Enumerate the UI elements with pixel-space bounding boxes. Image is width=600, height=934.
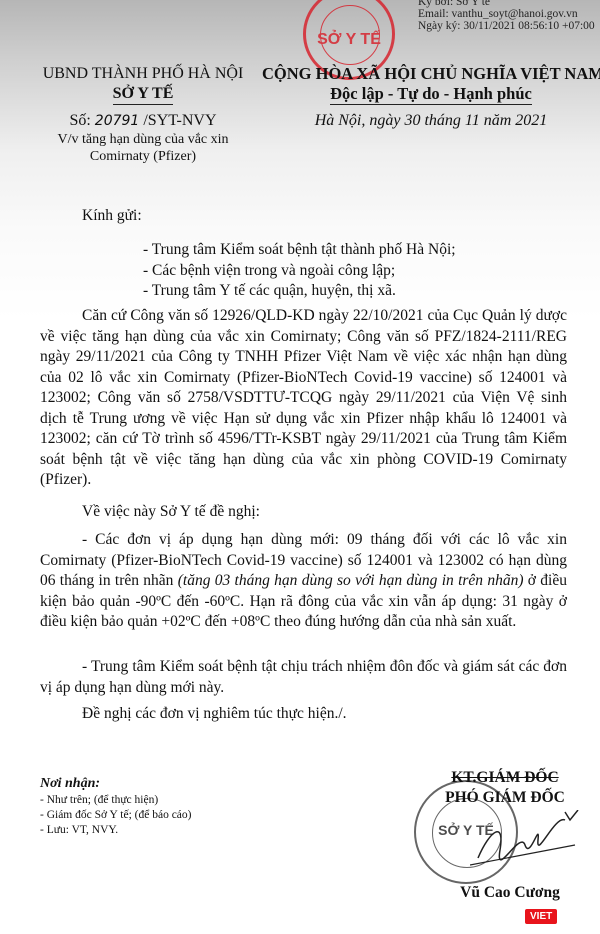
recipient-item: - Trung tâm Y tế các quận, huyện, thị xã… <box>143 281 456 302</box>
proposal-item-2: - Trung tâm Kiểm soát bệnh tật chịu trác… <box>40 657 567 698</box>
document-number: Số: 20791 /SYT-NVY <box>28 111 258 131</box>
country-name: CỘNG HÒA XÃ HỘI CHỦ NGHĨA VIỆT NAM <box>262 64 600 84</box>
place-date: Hà Nội, ngày 30 tháng 11 năm 2021 <box>262 111 600 131</box>
signature-line-2: PHÓ GIÁM ĐỐC <box>420 788 590 808</box>
proposal-intro: Về việc này Sở Y tế đề nghị: <box>40 502 567 523</box>
issuer-header: UBND THÀNH PHỐ HÀ NỘI SỞ Y TẾ Số: 20791 … <box>28 64 258 165</box>
signature-line-1: KT.GIÁM ĐỐC <box>420 768 590 788</box>
handwritten-signature-icon <box>470 810 580 870</box>
closing-line: Đề nghị các đơn vị nghiêm túc thực hiện.… <box>40 704 567 725</box>
recipient-list: - Trung tâm Kiểm soát bệnh tật thành phố… <box>143 240 456 302</box>
signer-name: Vũ Cao Cương <box>435 884 585 902</box>
receiver-item: - Như trên; (để thực hiện) <box>40 793 191 808</box>
digital-signature-info: Ký bởi: Sở Y tế Email: vanthu_soyt@hanoi… <box>418 0 595 32</box>
signature-title: KT.GIÁM ĐỐC PHÓ GIÁM ĐỐC <box>420 768 590 808</box>
proposal-item-1: - Các đơn vị áp dụng hạn dùng mới: 09 th… <box>40 530 567 633</box>
signer-email: Email: vanthu_soyt@hanoi.gov.vn <box>418 8 595 20</box>
org-name: SỞ Y TẾ <box>113 84 174 105</box>
subject-line-1: V/v tăng hạn dùng của vắc xin <box>28 131 258 148</box>
stamp-text: SỞ Y TẾ <box>306 31 392 49</box>
subject-line-2: Comirnaty (Pfizer) <box>28 148 258 165</box>
receiver-item: - Lưu: VT, NVY. <box>40 823 191 838</box>
emphasis-note: (tăng 03 tháng hạn dùng so với hạn dùng … <box>178 572 524 589</box>
org-parent: UBND THÀNH PHỐ HÀ NỘI <box>28 64 258 84</box>
handwritten-number: 20791 <box>95 113 140 129</box>
recipient-item: - Trung tâm Kiểm soát bệnh tật thành phố… <box>143 240 456 261</box>
recipient-item: - Các bệnh viện trong và ngoài công lập; <box>143 261 456 282</box>
receiver-item: - Giám đốc Sở Y tế; (để báo cáo) <box>40 808 191 823</box>
viet-watermark-logo: VIET <box>525 909 557 924</box>
receivers-block: Nơi nhận: - Như trên; (để thực hiện) - G… <box>40 775 191 838</box>
greeting: Kính gửi: <box>82 206 600 227</box>
receivers-title: Nơi nhận: <box>40 775 191 793</box>
national-header: CỘNG HÒA XÃ HỘI CHỦ NGHĨA VIỆT NAM Độc l… <box>262 64 600 131</box>
basis-paragraph: Căn cứ Công văn số 12926/QLD-KD ngày 22/… <box>40 306 567 491</box>
national-motto: Độc lập - Tự do - Hạnh phúc <box>330 84 532 105</box>
signed-date: Ngày ký: 30/11/2021 08:56:10 +07:00 <box>418 20 595 32</box>
signed-by: Ký bởi: Sở Y tế <box>418 0 595 8</box>
